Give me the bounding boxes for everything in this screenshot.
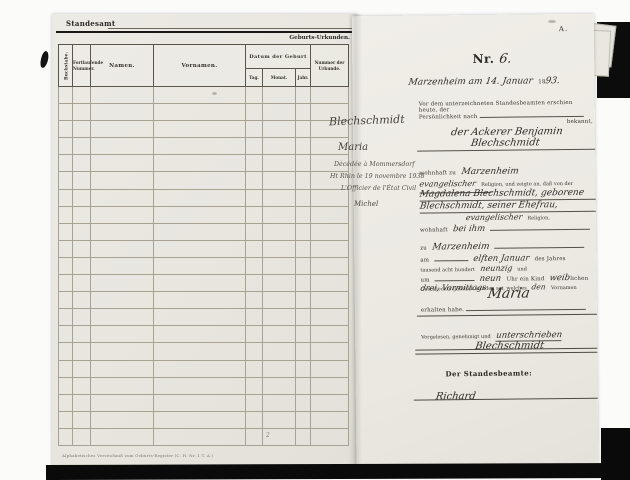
table-cell-empty <box>73 275 91 292</box>
table-cell-empty <box>73 155 91 172</box>
table-cell-empty <box>154 360 246 377</box>
record-number-label: Nr. <box>472 52 494 66</box>
table-cell-empty <box>263 343 296 360</box>
table-cell-empty <box>263 189 296 206</box>
page-letter: A. <box>559 25 568 33</box>
table-row <box>59 155 349 172</box>
table-cell-empty <box>59 121 73 138</box>
table-row <box>59 138 349 155</box>
table-cell-empty <box>296 172 311 189</box>
table-cell-empty <box>246 87 263 104</box>
table-cell-empty <box>311 411 349 428</box>
table-cell-empty <box>73 240 91 257</box>
table-cell-empty <box>154 206 246 223</box>
table-cell-empty <box>246 360 263 377</box>
declarant-signature: Blechschmidt <box>474 340 544 352</box>
table-cell-empty <box>296 343 311 360</box>
table-cell-empty <box>91 189 154 206</box>
table-cell-empty <box>296 428 311 445</box>
declarant-name: der Ackerer Benjamin Blechschmidt <box>415 126 596 150</box>
table-cell-empty <box>296 309 311 326</box>
table-cell-empty <box>91 121 154 138</box>
table-cell-empty <box>311 394 349 411</box>
table-cell-empty <box>296 326 311 343</box>
table-cell-empty <box>154 326 246 343</box>
table-cell-empty <box>154 240 246 257</box>
table-row <box>59 309 349 326</box>
table-cell-empty <box>154 394 246 411</box>
table-cell-empty <box>311 343 349 360</box>
table-cell-empty <box>59 155 73 172</box>
standesamt-blank-line <box>108 28 352 29</box>
table-row <box>59 343 349 360</box>
table-cell-empty <box>246 223 263 240</box>
table-cell-empty <box>91 377 154 394</box>
ink-smudge <box>548 20 556 23</box>
table-cell-empty <box>59 394 73 411</box>
table-cell-empty <box>246 394 263 411</box>
table-cell-empty <box>73 206 91 223</box>
table-row <box>59 292 349 309</box>
table-cell-empty <box>91 223 154 240</box>
table-cell-empty <box>263 240 296 257</box>
table-cell-empty <box>91 275 154 292</box>
table-cell-empty <box>296 155 311 172</box>
heavy-divider-rule <box>56 31 354 33</box>
table-cell-empty <box>263 275 296 292</box>
column-header-month: Monat. <box>263 69 296 87</box>
table-cell-empty <box>91 326 154 343</box>
table-cell-empty <box>73 172 91 189</box>
erhalten-habe-line: erhalten habe. <box>421 303 597 314</box>
registrar-signature: Richard <box>435 391 477 402</box>
table-cell-empty <box>91 104 154 121</box>
table-cell-empty <box>59 206 73 223</box>
index-table-body <box>59 87 349 446</box>
table-cell-empty <box>91 411 154 428</box>
table-cell-empty <box>263 309 296 326</box>
table-cell-empty <box>296 257 311 274</box>
wohnhaft-label: wohnhaft <box>420 227 448 233</box>
table-row <box>59 240 349 257</box>
blank-line <box>490 223 590 231</box>
table-cell-empty <box>91 292 154 309</box>
table-cell-empty <box>311 428 349 445</box>
index-table-header: Buchstabe. Fortlaufende Nummer. Namen. V… <box>59 45 349 87</box>
table-cell-empty <box>91 155 154 172</box>
table-cell-empty <box>59 292 73 309</box>
margin-note-official-signature: Michel <box>354 200 378 208</box>
table-cell-empty <box>91 343 154 360</box>
table-cell-empty <box>73 394 91 411</box>
stray-pencil-mark: 2 <box>266 432 270 439</box>
table-cell-empty <box>59 223 73 240</box>
table-cell-empty <box>59 343 73 360</box>
dateline-place-date: Marzenheim am 14. Januar <box>408 76 534 87</box>
table-row <box>59 394 349 411</box>
table-cell-empty <box>73 257 91 274</box>
table-cell-empty <box>73 223 91 240</box>
record-number-line: Nr. 6. <box>412 47 572 68</box>
table-cell-empty <box>263 172 296 189</box>
table-cell-empty <box>154 172 246 189</box>
table-row <box>59 377 349 394</box>
table-cell-empty <box>296 411 311 428</box>
table-row <box>59 87 349 104</box>
table-row <box>59 275 349 292</box>
erhalten-habe-label: erhalten habe. <box>421 307 464 313</box>
table-cell-empty <box>296 121 311 138</box>
place-date-line: Marzenheim am 14. Januar 1893. <box>376 68 592 89</box>
ink-mark-left-edge <box>39 50 50 68</box>
child-name-value: Maria <box>486 285 531 301</box>
table-cell-empty <box>59 189 73 206</box>
table-row <box>59 189 349 206</box>
table-cell-empty <box>246 172 263 189</box>
blank-line <box>466 303 586 311</box>
table-cell-empty <box>91 87 154 104</box>
table-cell-empty <box>154 121 246 138</box>
table-cell-empty <box>59 138 73 155</box>
table-cell-empty <box>311 275 349 292</box>
table-cell-empty <box>263 87 296 104</box>
table-cell-empty <box>246 206 263 223</box>
standesamt-label: Standesamt <box>66 19 115 28</box>
table-cell-empty <box>296 377 311 394</box>
margin-note-death-line1: Décédée à Mommersdorf <box>334 161 415 168</box>
table-cell-empty <box>59 87 73 104</box>
table-cell-empty <box>311 87 349 104</box>
table-cell-empty <box>73 343 91 360</box>
margin-note-surname: Blechschmidt <box>329 113 405 129</box>
table-cell-empty <box>263 121 296 138</box>
table-cell-empty <box>59 240 73 257</box>
table-cell-empty <box>73 411 91 428</box>
table-row <box>59 411 349 428</box>
column-header-birthdate-group: Datum der Geburt <box>246 45 311 69</box>
table-cell-empty <box>263 360 296 377</box>
table-cell-empty <box>311 206 349 223</box>
table-cell-empty <box>91 172 154 189</box>
table-row <box>59 206 349 223</box>
table-cell-empty <box>246 189 263 206</box>
table-cell-empty <box>246 155 263 172</box>
table-cell-empty <box>263 257 296 274</box>
table-row <box>59 360 349 377</box>
table-cell-empty <box>154 223 246 240</box>
printer-imprint: Alphabetisches Verzeichniß zum Geburts-R… <box>62 453 213 458</box>
table-cell-empty <box>91 206 154 223</box>
table-cell-empty <box>154 292 246 309</box>
column-header-letter: Buchstabe. <box>59 45 73 87</box>
column-header-certificate: Nummer der Urkunde. <box>311 45 349 87</box>
birth-record-page: A. Nr. 6. Marzenheim am 14. Januar 1893.… <box>352 14 599 467</box>
table-row <box>59 223 349 240</box>
table-cell-empty <box>59 360 73 377</box>
bei-ihm-value: bei ihm <box>452 224 486 234</box>
form-rule <box>417 314 597 317</box>
table-cell-empty <box>73 121 91 138</box>
table-cell-empty <box>311 326 349 343</box>
table-cell-empty <box>73 104 91 121</box>
table-cell-empty <box>154 189 246 206</box>
table-row <box>59 257 349 274</box>
index-page: Standesamt Geburts-Urkunden. Buchstabe. … <box>52 14 358 466</box>
table-cell-empty <box>263 155 296 172</box>
table-cell-empty <box>296 87 311 104</box>
table-cell-empty <box>246 411 263 428</box>
table-cell-empty <box>73 292 91 309</box>
table-cell-empty <box>73 138 91 155</box>
index-table: Buchstabe. Fortlaufende Nummer. Namen. V… <box>58 44 349 446</box>
table-cell-empty <box>296 104 311 121</box>
table-cell-empty <box>91 428 154 445</box>
table-cell-empty <box>263 138 296 155</box>
table-row <box>59 326 349 343</box>
table-cell-empty <box>263 394 296 411</box>
table-cell-empty <box>91 138 154 155</box>
table-cell-empty <box>73 189 91 206</box>
table-cell-empty <box>311 292 349 309</box>
table-row <box>59 428 349 445</box>
table-cell-empty <box>59 172 73 189</box>
table-cell-empty <box>263 377 296 394</box>
table-cell-empty <box>246 292 263 309</box>
table-cell-empty <box>91 240 154 257</box>
table-cell-empty <box>263 104 296 121</box>
table-cell-empty <box>154 138 246 155</box>
record-number-value: 6. <box>498 52 513 67</box>
table-cell-empty <box>296 275 311 292</box>
standesbeamte-label: Der Standesbeamte: <box>445 368 532 378</box>
child-name-line: Maria <box>421 282 597 303</box>
table-cell-empty <box>73 360 91 377</box>
table-cell-empty <box>154 428 246 445</box>
table-cell-empty <box>263 411 296 428</box>
table-cell-empty <box>263 206 296 223</box>
table-cell-empty <box>59 377 73 394</box>
table-cell-empty <box>154 343 246 360</box>
table-cell-empty <box>246 343 263 360</box>
table-cell-empty <box>246 377 263 394</box>
table-cell-empty <box>59 257 73 274</box>
table-cell-empty <box>296 138 311 155</box>
table-row <box>59 172 349 189</box>
table-cell-empty <box>296 240 311 257</box>
table-cell-empty <box>246 326 263 343</box>
table-cell-empty <box>311 309 349 326</box>
table-cell-empty <box>59 326 73 343</box>
table-cell-empty <box>311 257 349 274</box>
margin-note-forename: Maria <box>338 142 368 153</box>
table-cell-empty <box>246 138 263 155</box>
table-cell-empty <box>296 223 311 240</box>
declarant-signature-line: Blechschmidt <box>421 333 597 354</box>
scanned-register-page: Standesamt Geburts-Urkunden. Buchstabe. … <box>0 0 630 480</box>
table-row <box>59 104 349 121</box>
table-cell-empty <box>246 121 263 138</box>
table-cell-empty <box>311 223 349 240</box>
register-title: Geburts-Urkunden. <box>289 35 350 41</box>
table-cell-empty <box>59 104 73 121</box>
table-cell-empty <box>311 240 349 257</box>
declarant-line: der Ackerer Benjamin Blechschmidt <box>417 126 595 152</box>
table-cell-empty <box>296 206 311 223</box>
blank-line <box>479 110 583 118</box>
table-cell-empty <box>91 360 154 377</box>
table-cell-empty <box>246 240 263 257</box>
table-cell-empty <box>246 309 263 326</box>
table-cell-empty <box>73 87 91 104</box>
table-cell-empty <box>246 257 263 274</box>
table-cell-empty <box>59 309 73 326</box>
table-cell-empty <box>73 309 91 326</box>
table-cell-empty <box>73 428 91 445</box>
table-cell-empty <box>59 428 73 445</box>
table-cell-empty <box>263 326 296 343</box>
table-cell-empty <box>296 189 311 206</box>
table-cell-empty <box>154 377 246 394</box>
column-header-vorname: Vornamen. <box>154 45 246 87</box>
table-cell-empty <box>73 377 91 394</box>
table-cell-empty <box>154 87 246 104</box>
column-header-serial: Fortlaufende Nummer. <box>73 45 91 87</box>
table-cell-empty <box>154 309 246 326</box>
dateline-year: 93. <box>545 76 561 86</box>
ink-smudge <box>212 92 217 95</box>
table-cell-empty <box>91 257 154 274</box>
scan-black-edge-bottom <box>46 463 630 480</box>
table-cell-empty <box>154 275 246 292</box>
table-cell-empty <box>73 326 91 343</box>
table-cell-empty <box>311 377 349 394</box>
margin-note-death-line2: Ht Rhin le 19 novembre 1938 <box>330 173 425 180</box>
table-cell-empty <box>246 104 263 121</box>
registrar-signature-line: Richard <box>436 384 476 403</box>
table-cell-empty <box>296 292 311 309</box>
table-cell-empty <box>91 309 154 326</box>
table-cell-empty <box>59 411 73 428</box>
column-header-day: Tag. <box>246 69 263 87</box>
table-cell-empty <box>246 275 263 292</box>
column-header-year: Jahr. <box>296 69 311 87</box>
table-cell-empty <box>296 360 311 377</box>
table-cell-empty <box>246 428 263 445</box>
table-cell-empty <box>154 155 246 172</box>
table-cell-empty <box>154 411 246 428</box>
table-cell-empty <box>154 257 246 274</box>
table-cell-empty <box>311 360 349 377</box>
table-cell-empty <box>154 104 246 121</box>
table-cell-empty <box>91 394 154 411</box>
column-header-name: Namen. <box>91 45 154 87</box>
table-cell-empty <box>263 292 296 309</box>
table-cell-empty <box>263 223 296 240</box>
table-cell-empty <box>59 275 73 292</box>
table-cell-empty <box>296 394 311 411</box>
margin-note-death-line3: L'Officier de l'État Civil <box>341 185 416 192</box>
table-row <box>59 121 349 138</box>
